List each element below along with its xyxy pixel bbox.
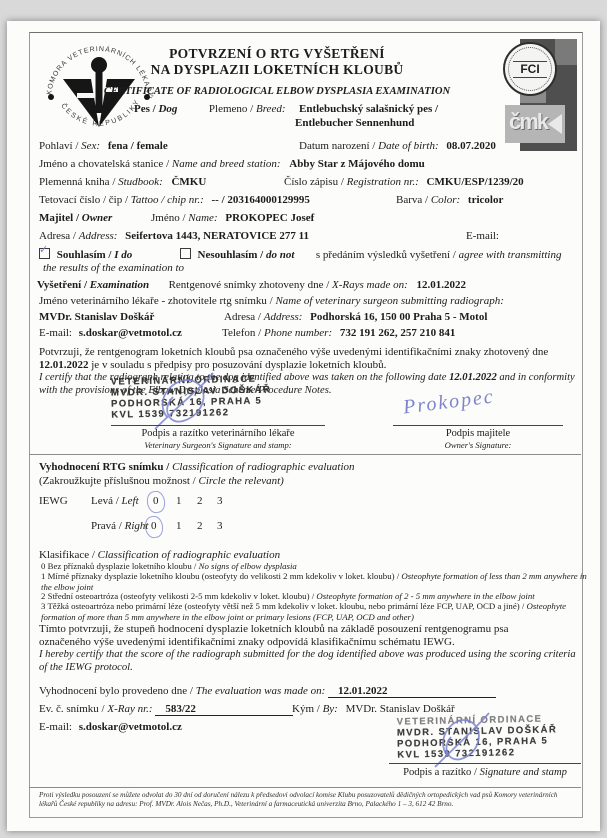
- field-registration: Číslo zápisu / Registration nr.: CMKU/ES…: [284, 176, 524, 188]
- studbook-label-en: Studbook:: [118, 176, 163, 188]
- evaluation-heading-cz: Vyhodnocení RTG snímku /: [39, 461, 172, 473]
- fci-logo-icon: FCI: [503, 42, 557, 96]
- address-label-cz: Adresa /: [39, 230, 79, 242]
- field-dob: Datum narození / Date of birth: 08.07.20…: [299, 140, 496, 152]
- owner-email-label: E-mail:: [466, 230, 499, 242]
- item3-cz: 3 Těžká osteoartróza nebo primární léze …: [41, 601, 527, 611]
- disagree-checkbox[interactable]: [180, 248, 191, 259]
- evaluation-date-row: Vyhodnocení bylo provedeno dne / The eva…: [39, 685, 496, 698]
- field-studbook: Plemenná kniha / Studbook: ČMKU: [39, 176, 206, 188]
- vet-signature-scribble-icon: [125, 359, 245, 439]
- dob-value: 08.07.2020: [446, 140, 496, 152]
- eval-date-label-cz: Vyhodnocení bylo provedeno dne /: [39, 685, 196, 697]
- breed-value-line2: Entlebucher Sennenhund: [295, 117, 414, 129]
- page-title-line1: POTVRZENÍ O RTG VYŠETŘENÍ: [87, 46, 467, 62]
- xray-made-label-en: X-Rays made on:: [332, 279, 408, 291]
- sex-label-en: Sex:: [81, 140, 100, 152]
- by-label-en: By:: [323, 703, 338, 715]
- eval-date-label-en: The evaluation was made on:: [196, 685, 326, 697]
- breed-label: Breed:: [256, 103, 286, 115]
- klasifikace-item-3: 3 Těžká osteoartróza nebo primární léze …: [41, 601, 589, 622]
- color-label-cz: Barva /: [396, 194, 431, 206]
- examination-row: Vyšetření / Examination Rentgenové snímk…: [37, 279, 466, 291]
- owner-label-cz: Majitel /: [39, 212, 82, 224]
- xray-nr-label-cz: Ev. č. snímku /: [39, 703, 107, 715]
- vet-name-line: Jméno veterinárního lékaře - zhotovitele…: [39, 295, 504, 307]
- studbook-value: ČMKU: [171, 176, 206, 188]
- field-name-station: Jméno a chovatelská stanice / Name and b…: [39, 158, 425, 170]
- field-owner-name: Jméno / Name: PROKOPEC Josef: [151, 212, 314, 224]
- xray-nr-label-en: X-Ray nr.:: [107, 703, 152, 715]
- vet-line-en: Name of veterinary surgeon submitting ra…: [275, 295, 503, 307]
- section-divider: [29, 454, 581, 455]
- field-tattoo: Tetovací číslo / čip / Tattoo / chip nr.…: [39, 194, 310, 206]
- certify1-cz-date: 12.01.2022: [39, 359, 89, 371]
- consent-tail-en: agree with transmitting: [459, 249, 562, 261]
- vet-signature-line: [111, 425, 325, 426]
- iewg-label: IEWG: [39, 495, 68, 507]
- tattoo-value: -- / 203164000129995: [212, 194, 310, 206]
- owner-signature-label-cz: Podpis majitele: [393, 428, 563, 439]
- right-elbow-label: Pravá / Right: [91, 520, 148, 532]
- vet-phone-row: Telefon / Phone number: 732 191 262, 257…: [222, 327, 455, 339]
- klasifikace-item-1: 1 Mírné příznaky dysplazie loketního klo…: [41, 571, 589, 592]
- left-elbow-label: Levá / Left: [91, 495, 139, 507]
- pes-label: Pes /: [134, 103, 158, 115]
- dob-label-cz: Datum narození /: [299, 140, 378, 152]
- owner-signature-line: [393, 425, 563, 426]
- cmku-logo-icon: čmk: [505, 105, 565, 143]
- vet-addr-value: Podhorská 16, 150 00 Praha 5 - Motol: [310, 311, 487, 323]
- right-option-1[interactable]: 1: [176, 520, 182, 532]
- dob-label-en: Date of birth:: [378, 140, 439, 152]
- by-label-cz: Kým /: [292, 703, 323, 715]
- item2-cz: 2 Střední osteoartróza (osteofyty veliko…: [41, 591, 316, 601]
- consent-row2: the results of the examination to: [43, 262, 184, 274]
- result-email-value: s.doskar@vetmotol.cz: [79, 721, 182, 733]
- cmku-logo-text: čmk: [509, 109, 547, 135]
- color-value: tricolor: [468, 194, 503, 206]
- vet-addr-label-en: Address:: [264, 311, 303, 323]
- klasifikace-item-2: 2 Střední osteoartróza (osteofyty veliko…: [41, 591, 589, 602]
- left-label-cz: Levá /: [91, 495, 122, 507]
- right-option-3[interactable]: 3: [217, 520, 223, 532]
- certify2-en: I hereby certify that the score of the r…: [39, 649, 584, 674]
- check-icon: ✓: [39, 243, 48, 256]
- sex-value: fena / female: [108, 140, 168, 152]
- evaluation-note-cz: (Zakroužkujte příslušnou možnost /: [39, 475, 198, 487]
- owner-name-value: PROKOPEC Josef: [225, 212, 314, 224]
- phone-label-en: Phone number:: [264, 327, 332, 339]
- cmku-arrow-icon: [548, 114, 562, 134]
- owner-name-label-en: Name:: [188, 212, 217, 224]
- item0-en: No signs of elbow dysplasia: [199, 561, 297, 571]
- page-subtitle: CERTIFICATE OF RADIOLOGICAL ELBOW DYSPLA…: [77, 86, 477, 97]
- tattoo-label-cz: Tetovací číslo / čip /: [39, 194, 131, 206]
- sig-label-cz: Podpis a razítko /: [403, 767, 480, 778]
- field-color: Barva / Color: tricolor: [396, 194, 503, 206]
- footer-note: Proti výsledku posouzení se můžete odvol…: [39, 791, 575, 809]
- consent-row: ✓ Souhlasím / I do Nesouhlasím / do not …: [39, 248, 561, 261]
- evaluation-heading-en: Classification of radiographic evaluatio…: [172, 461, 354, 473]
- result-email-label: E-mail:: [39, 721, 72, 733]
- name-label-en: Name and breed station:: [172, 158, 281, 170]
- item0-cz: 0 Bez příznaků dysplazie loketního kloub…: [41, 561, 199, 571]
- phone-value: 732 191 262, 257 210 841: [340, 327, 456, 339]
- left-label-en: Left: [122, 495, 139, 507]
- reg-label-cz: Číslo zápisu /: [284, 176, 347, 188]
- breed-value-line1: Entlebuchský salašnický pes /: [299, 103, 438, 115]
- certify2-cz: Tímto potvrzuji, že stupeň hodnocení dys…: [39, 623, 559, 649]
- vet-email-row: E-mail: s.doskar@vetmotol.cz: [39, 327, 182, 339]
- certificate-page: KOMORA VETERINÁRNÍCH LÉKAŘŮ ČESKÉ REPUBL…: [7, 21, 600, 831]
- klasifikace-heading: Klasifikace / Classification of radiogra…: [39, 549, 280, 561]
- evaluation-note-en: Circle the relevant): [198, 475, 283, 487]
- owner-name-label-cz: Jméno /: [151, 212, 188, 224]
- vet-addr-label-cz: Adresa /: [224, 311, 264, 323]
- agree-label-en: I do: [114, 249, 132, 261]
- item1-cz: 1 Mírné příznaky dysplazie loketního klo…: [41, 571, 401, 581]
- xray-number-row: Ev. č. snímku / X-Ray nr.: 583/22: [39, 703, 293, 716]
- xray-made-value: 12.01.2022: [417, 279, 467, 291]
- right-label-cz: Pravá /: [91, 520, 125, 532]
- disagree-label-cz: Nesouhlasím /: [198, 249, 266, 261]
- vet-email-value: s.doskar@vetmotol.cz: [79, 327, 182, 339]
- xray-nr-value: 583/22: [155, 703, 293, 716]
- left-option-2[interactable]: 2: [197, 495, 203, 507]
- field-address: Adresa / Address: Seifertova 1443, NERAT…: [39, 230, 309, 242]
- klasifikace-item-0: 0 Bez příznaků dysplazie loketního kloub…: [41, 561, 589, 572]
- agree-label-cz: Souhlasím /: [57, 249, 114, 261]
- vet-signature-label-cz: Podpis a razítko veterinárního lékaře: [111, 428, 325, 439]
- klasifikace-heading-cz: Klasifikace /: [39, 549, 98, 561]
- dog-breed-row: Pes / Dog Plemeno / Breed: Entlebuchský …: [134, 103, 438, 115]
- result-email-row: E-mail: s.doskar@vetmotol.cz: [39, 721, 182, 733]
- owner-signature-label-en: Owner's Signature:: [393, 440, 563, 450]
- exam-label-en: Examination: [90, 279, 149, 291]
- vet-line-cz: Jméno veterinárního lékaře - zhotovitele…: [39, 295, 275, 307]
- disagree-label-en: do not: [266, 249, 294, 261]
- page-title-line2: NA DYSPLAZII LOKETNÍCH KLOUBŮ: [87, 62, 467, 78]
- studbook-label-cz: Plemenná kniha /: [39, 176, 118, 188]
- address-value: Seifertova 1443, NERATOVICE 277 11: [125, 230, 309, 242]
- name-value: Abby Star z Májového domu: [289, 158, 424, 170]
- evaluation-note: (Zakroužkujte příslušnou možnost / Circl…: [39, 475, 284, 487]
- left-option-1[interactable]: 1: [176, 495, 182, 507]
- stamp2-signature-line: [389, 763, 581, 764]
- phone-label-cz: Telefon /: [222, 327, 264, 339]
- plemeno-label: Plemeno /: [209, 103, 256, 115]
- vet-email-label: E-mail:: [39, 327, 72, 339]
- certify1-cz-1: Potvrzuji, že rentgenogram loketních klo…: [39, 346, 548, 358]
- xray-made-label-cz: Rentgenové snímky zhotoveny dne /: [169, 279, 332, 291]
- evaluation-heading: Vyhodnocení RTG snímku / Classification …: [39, 461, 355, 473]
- stamp2-signature-label: Podpis a razítko / Signature and stamp: [389, 767, 581, 778]
- vet-address: Adresa / Address: Podhorská 16, 150 00 P…: [224, 311, 487, 323]
- dog-label: Dog: [158, 103, 177, 115]
- fci-logo-text: FCI: [513, 61, 547, 78]
- sig-label-en: Signature and stamp: [480, 767, 567, 778]
- color-label-en: Color:: [431, 194, 460, 206]
- certify1-en-date: 12.01.2022: [449, 372, 497, 383]
- owner-label-en: Owner: [82, 212, 113, 224]
- reg-label-en: Registration nr.:: [347, 176, 419, 188]
- sex-label-cz: Pohlaví /: [39, 140, 81, 152]
- field-sex: Pohlaví / Sex: fena / female: [39, 140, 168, 152]
- eval-date-value: 12.01.2022: [328, 685, 496, 698]
- field-owner: Majitel / Owner: [39, 212, 112, 224]
- tattoo-label-en: Tattoo / chip nr.:: [131, 194, 204, 206]
- item2-en: Osteophyte formation of 2 - 5 mm anywher…: [316, 591, 534, 601]
- name-label-cz: Jméno a chovatelská stanice /: [39, 158, 172, 170]
- vet-signature-label-en: Veterinary Surgeon's Signature and stamp…: [111, 440, 325, 450]
- right-option-2[interactable]: 2: [197, 520, 203, 532]
- consent-tail-cz: s předáním výsledků vyšetření /: [316, 249, 459, 261]
- left-option-3[interactable]: 3: [217, 495, 223, 507]
- exam-label-cz: Vyšetření /: [37, 279, 90, 291]
- agree-checkbox[interactable]: ✓: [39, 248, 50, 259]
- klasifikace-heading-en: Classification of radiographic evaluatio…: [98, 549, 280, 561]
- footer-divider: [29, 787, 581, 788]
- certify1-cz: Potvrzuji, že rentgenogram loketních klo…: [39, 346, 587, 372]
- address-label-en: Address:: [79, 230, 118, 242]
- vet-name: MVDr. Stanislav Doškář: [39, 311, 154, 323]
- reg-value: CMKU/ESP/1239/20: [427, 176, 524, 188]
